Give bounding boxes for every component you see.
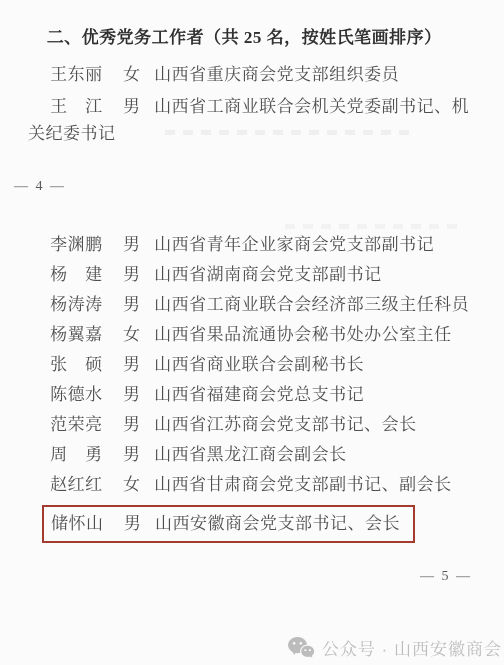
watermark-label: 公众号 · 山西安徽商会	[322, 635, 502, 660]
person-name: 杨 建	[50, 265, 103, 285]
page-number-4: — 4 —	[14, 179, 474, 195]
section-title: 二、优秀党务工作者（共 25 名，按姓氏笔画排序）	[28, 26, 474, 50]
person-name: 王 江	[50, 93, 103, 120]
person-name: 储怀山	[51, 514, 104, 534]
person-gender: 女	[123, 475, 141, 495]
person-name: 范荣亮	[50, 415, 103, 435]
roster-entry: 范荣亮男山西省江苏商会党支部书记、会长	[28, 415, 474, 435]
person-title: 山西省果品流通协会秘书处办公室主任	[154, 325, 452, 344]
person-name: 杨涛涛	[50, 295, 103, 315]
roster-entry: 杨涛涛男山西省工商业联合会经济部三级主任科员	[28, 295, 474, 315]
person-gender: 男	[123, 385, 141, 405]
person-name: 陈德水	[50, 385, 103, 405]
roster-page-5: 李渊鹏男山西省青年企业家商会党支部副书记 杨 建男山西省湖南商会党支部副书记 杨…	[28, 235, 474, 585]
roster-page-4: 王东丽女山西省重庆商会党支部组织委员 王 江男山西省工商业联合会机关党委副书记、…	[28, 61, 474, 195]
roster-entry: 周 勇男山西省黑龙江商会副会长	[28, 445, 474, 465]
person-gender: 男	[123, 265, 141, 285]
person-gender: 女	[123, 61, 141, 88]
person-gender: 男	[123, 93, 141, 120]
person-name: 赵红红	[50, 475, 103, 495]
person-title: 山西省商业联合会副秘书长	[154, 355, 364, 374]
highlight-box: 储怀山男山西安徽商会党支部书记、会长	[42, 505, 415, 543]
roster-entry: 陈德水男山西省福建商会党总支书记	[28, 385, 474, 405]
roster-entry: 张 硕男山西省商业联合会副秘书长	[28, 355, 474, 375]
person-title: 山西省江苏商会党支部书记、会长	[154, 415, 417, 434]
person-gender: 女	[123, 325, 141, 345]
person-gender: 男	[124, 514, 142, 534]
page-bleed-artifact	[285, 224, 460, 229]
person-title: 山西省重庆商会党支部组织委员	[154, 65, 399, 84]
roster-entry-highlighted: 储怀山男山西安徽商会党支部书记、会长	[51, 514, 413, 534]
roster-entry: 赵红红女山西省甘肃商会党支部副书记、副会长	[28, 475, 474, 495]
person-title: 山西省黑龙江商会副会长	[154, 445, 347, 464]
person-title: 山西省青年企业家商会党支部副书记	[154, 235, 434, 254]
person-title: 山西省甘肃商会党支部副书记、副会长	[154, 475, 452, 494]
person-title: 山西省湖南商会党支部副书记	[154, 265, 382, 284]
person-gender: 男	[123, 355, 141, 375]
wechat-icon	[287, 636, 315, 659]
person-title: 山西省福建商会党总支书记	[154, 385, 364, 404]
person-gender: 男	[123, 235, 141, 255]
watermark: 公众号 · 山西安徽商会	[287, 635, 502, 660]
person-name: 张 硕	[50, 355, 103, 375]
page-bleed-artifact	[165, 130, 410, 135]
person-gender: 男	[123, 295, 141, 315]
person-title: 山西安徽商会党支部书记、会长	[155, 514, 400, 533]
person-gender: 男	[123, 445, 141, 465]
person-gender: 男	[123, 415, 141, 435]
person-name: 周 勇	[50, 445, 103, 465]
person-name: 王东丽	[50, 61, 103, 88]
page-number-5: — 5 —	[28, 569, 472, 585]
person-title: 山西省工商业联合会经济部三级主任科员	[154, 295, 469, 314]
person-name: 杨翼嘉	[50, 325, 103, 345]
roster-entry: 王东丽女山西省重庆商会党支部组织委员	[28, 61, 474, 88]
roster-entry: 杨 建男山西省湖南商会党支部副书记	[28, 265, 474, 285]
person-name: 李渊鹏	[50, 235, 103, 255]
scanned-document-page: 二、优秀党务工作者（共 25 名，按姓氏笔画排序） 王东丽女山西省重庆商会党支部…	[0, 0, 504, 665]
roster-entry: 李渊鹏男山西省青年企业家商会党支部副书记	[28, 235, 474, 255]
roster-entry: 王 江男山西省工商业联合会机关党委副书记、机关纪委书记	[28, 93, 474, 147]
roster-entry: 杨翼嘉女山西省果品流通协会秘书处办公室主任	[28, 325, 474, 345]
